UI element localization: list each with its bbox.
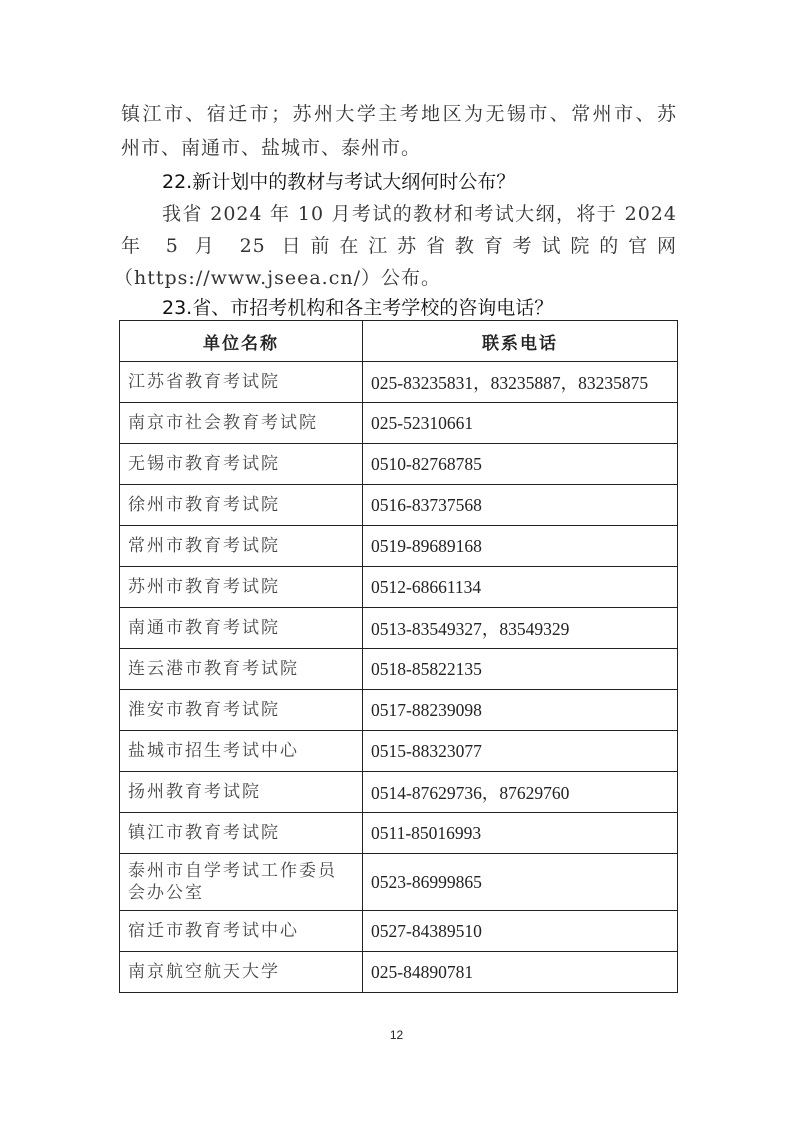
- table-header-row: 单位名称 联系电话: [120, 321, 678, 362]
- phone-number: 0515-88323077: [363, 731, 678, 772]
- table-row: 扬州教育考试院 0514-87629736，87629760: [120, 772, 678, 813]
- table-row: 江苏省教育考试院 025-83235831，83235887，83235875: [120, 362, 678, 403]
- table-row: 淮安市教育考试院 0517-88239098: [120, 690, 678, 731]
- unit-name: 宿迁市教育考试中心: [120, 911, 363, 952]
- intro-line-1: 镇江市、宿迁市；苏州大学主考地区为无锡市、常州市、苏: [121, 98, 677, 130]
- q22-heading: 22.新计划中的教材与考试大纲何时公布？: [162, 166, 515, 198]
- unit-name: 扬州教育考试院: [120, 772, 363, 813]
- unit-name: 南京航空航天大学: [120, 952, 363, 993]
- phone-number: 0514-87629736，87629760: [363, 772, 678, 813]
- phone-number: 025-84890781: [363, 952, 678, 993]
- table-row: 徐州市教育考试院 0516-83737568: [120, 485, 678, 526]
- page-number: 12: [0, 1028, 793, 1042]
- table-row: 南京航空航天大学 025-84890781: [120, 952, 678, 993]
- unit-name: 无锡市教育考试院: [120, 444, 363, 485]
- table-row: 苏州市教育考试院 0512-68661134: [120, 567, 678, 608]
- phone-number: 0527-84389510: [363, 911, 678, 952]
- unit-name: 淮安市教育考试院: [120, 690, 363, 731]
- phone-number: 0523-86999865: [363, 854, 678, 911]
- phone-number: 025-83235831，83235887，83235875: [363, 362, 678, 403]
- phone-number: 0511-85016993: [363, 813, 678, 854]
- unit-name: 南京市社会教育考试院: [120, 403, 363, 444]
- unit-name: 常州市教育考试院: [120, 526, 363, 567]
- table-row: 常州市教育考试院 0519-89689168: [120, 526, 678, 567]
- unit-name: 泰州市自学考试工作委员会办公室: [120, 854, 363, 911]
- unit-name: 南通市教育考试院: [120, 608, 363, 649]
- table-row: 盐城市招生考试中心 0515-88323077: [120, 731, 678, 772]
- phone-number: 0512-68661134: [363, 567, 678, 608]
- q22-line-3: （https://www.jseea.cn/）公布。: [114, 262, 670, 294]
- table-row: 无锡市教育考试院 0510-82768785: [120, 444, 678, 485]
- phone-number: 0518-85822135: [363, 649, 678, 690]
- unit-name: 连云港市教育考试院: [120, 649, 363, 690]
- table-row: 连云港市教育考试院 0518-85822135: [120, 649, 678, 690]
- table-row: 南通市教育考试院 0513-83549327，83549329: [120, 608, 678, 649]
- phone-number: 0513-83549327，83549329: [363, 608, 678, 649]
- phone-number: 0519-89689168: [363, 526, 678, 567]
- unit-name: 苏州市教育考试院: [120, 567, 363, 608]
- q22-line-1: 我省 2024 年 10 月考试的教材和考试大纲，将于 2024: [162, 198, 677, 230]
- table-row: 宿迁市教育考试中心 0527-84389510: [120, 911, 678, 952]
- phone-number: 0517-88239098: [363, 690, 678, 731]
- q22-line-2: 年 5 月 25 日前在江苏省教育考试院的官网: [121, 230, 677, 262]
- unit-name: 盐城市招生考试中心: [120, 731, 363, 772]
- header-phone: 联系电话: [363, 321, 678, 362]
- unit-name: 镇江市教育考试院: [120, 813, 363, 854]
- unit-name: 江苏省教育考试院: [120, 362, 363, 403]
- table-row: 南京市社会教育考试院 025-52310661: [120, 403, 678, 444]
- intro-line-2: 州市、南通市、盐城市、泰州市。: [121, 132, 677, 164]
- unit-name: 徐州市教育考试院: [120, 485, 363, 526]
- phone-number: 0516-83737568: [363, 485, 678, 526]
- contact-table: 单位名称 联系电话 江苏省教育考试院 025-83235831，83235887…: [119, 320, 678, 993]
- table-row: 镇江市教育考试院 0511-85016993: [120, 813, 678, 854]
- phone-number: 025-52310661: [363, 403, 678, 444]
- header-unit-name: 单位名称: [120, 321, 363, 362]
- phone-number: 0510-82768785: [363, 444, 678, 485]
- table-row: 泰州市自学考试工作委员会办公室 0523-86999865: [120, 854, 678, 911]
